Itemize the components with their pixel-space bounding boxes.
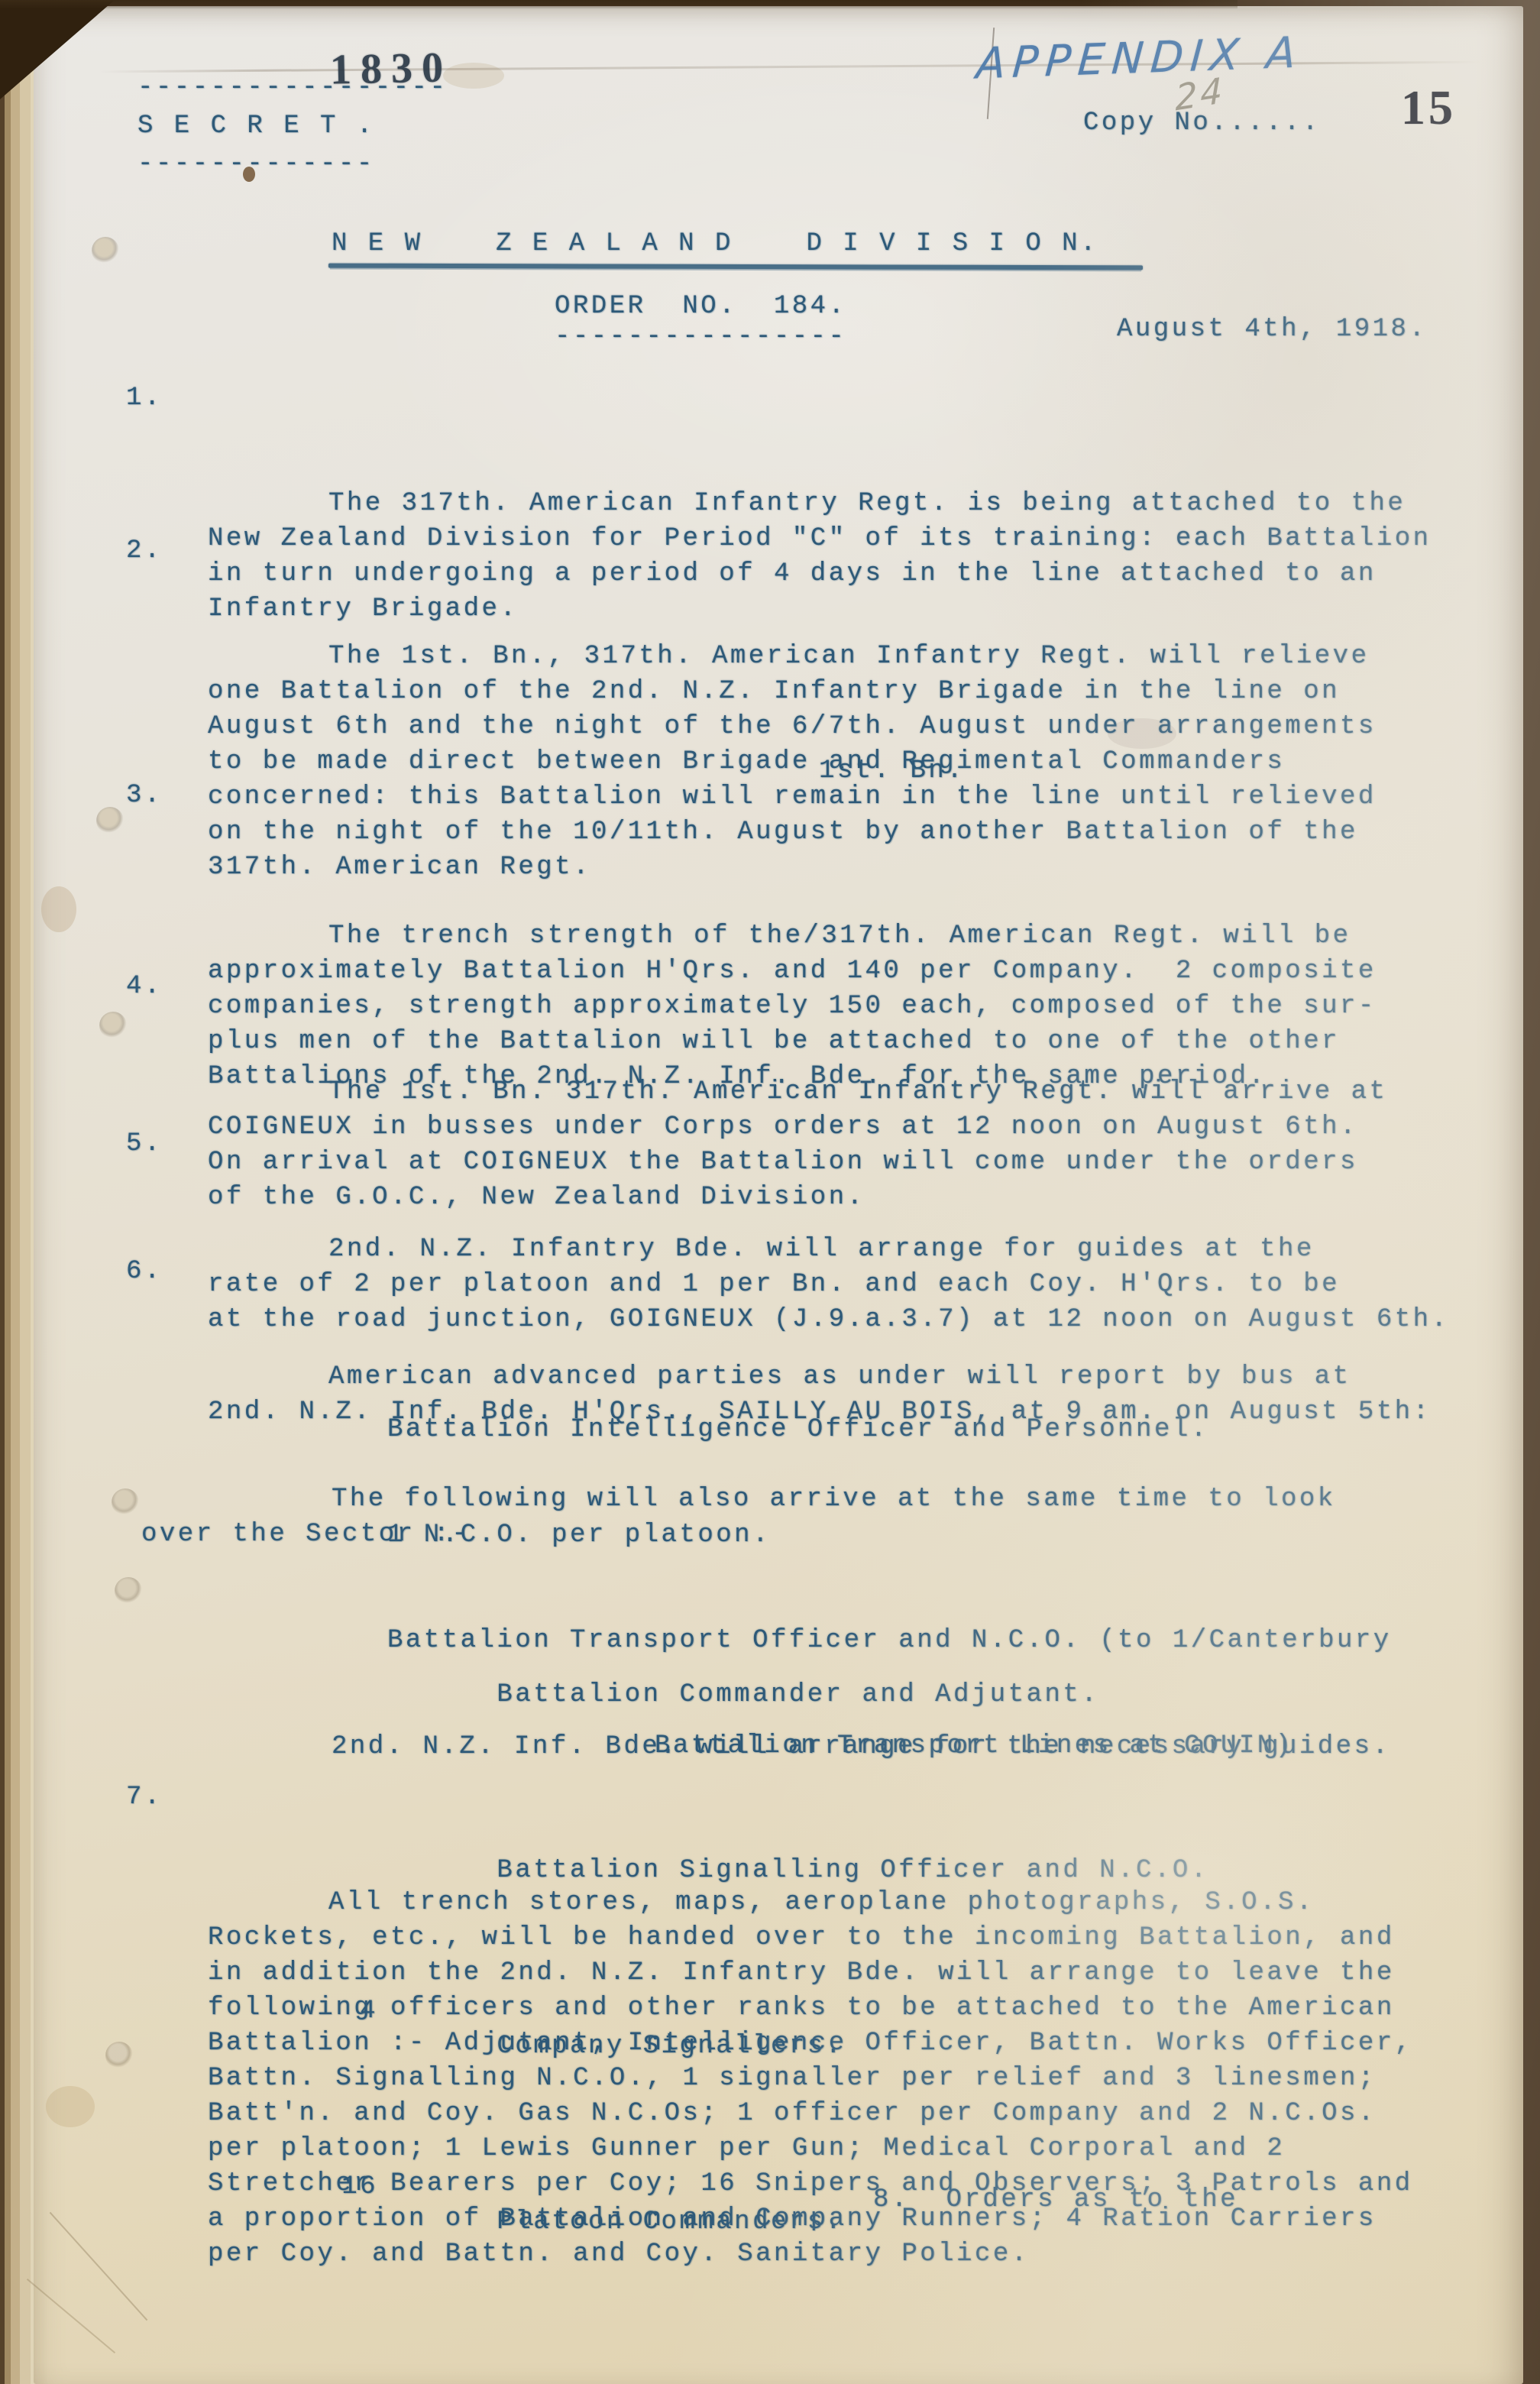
punch-hole [105,2042,133,2069]
paragraph-number: 7. [126,1780,163,1815]
inserted-correction: 1st. Bn. [819,753,965,789]
paragraph-text: All trench stores, maps, aeroplane photo… [208,1885,1461,2272]
date-line: August 4th, 1918. [1117,312,1427,347]
paragraph-number: 6. [126,1254,163,1289]
copy-number-handwritten: 24 [1175,70,1226,119]
fox-stain [46,2086,95,2127]
list-item-label: Battalion Commander and Adjutant. [497,1680,1099,1709]
list-item: 1 N.C.O. per platoon. [387,1518,1392,1553]
scanned-document: ----------------- 1830 S E C R E T . ---… [0,0,1540,2384]
paragraph-number: 4. [126,969,163,1004]
punch-hole [99,1012,127,1039]
following-note-line2: over the Sector :- [141,1517,470,1552]
punch-hole [96,807,124,834]
classification-label: S E C R E T . [137,109,375,144]
punch-hole [115,1577,142,1605]
punch-hole [92,237,119,264]
paragraph-7: 7. All trench stores, maps, aeroplane ph… [208,1780,1461,2342]
following-note-line1: The following will also arrive at the sa… [332,1482,1336,1517]
fox-stain [41,886,76,932]
top-edge-shadow [0,0,1237,9]
page-number-stamp: 15 [1401,79,1456,136]
paragraph-number: 1. [126,381,163,416]
guides-line: 2nd. N.Z. Inf. Bde. will arrange for the… [332,1729,1390,1764]
registry-stamp-number: 1830 [329,43,452,94]
punch-hole [112,1488,139,1516]
order-underline: ---------------- [555,319,846,355]
paragraph-number: 2. [126,533,163,568]
classification-underline: ------------- [137,147,375,182]
division-title: N E W Z E A L A N D D I V I S I O N. [332,226,1098,261]
paragraph-number: 5. [126,1126,163,1161]
catchword-line: 8. Orders as to the [873,2182,1238,2217]
paragraph-number: 3. [126,778,163,813]
list-item: Battalion Intelligence Officer and Perso… [387,1412,1392,1447]
